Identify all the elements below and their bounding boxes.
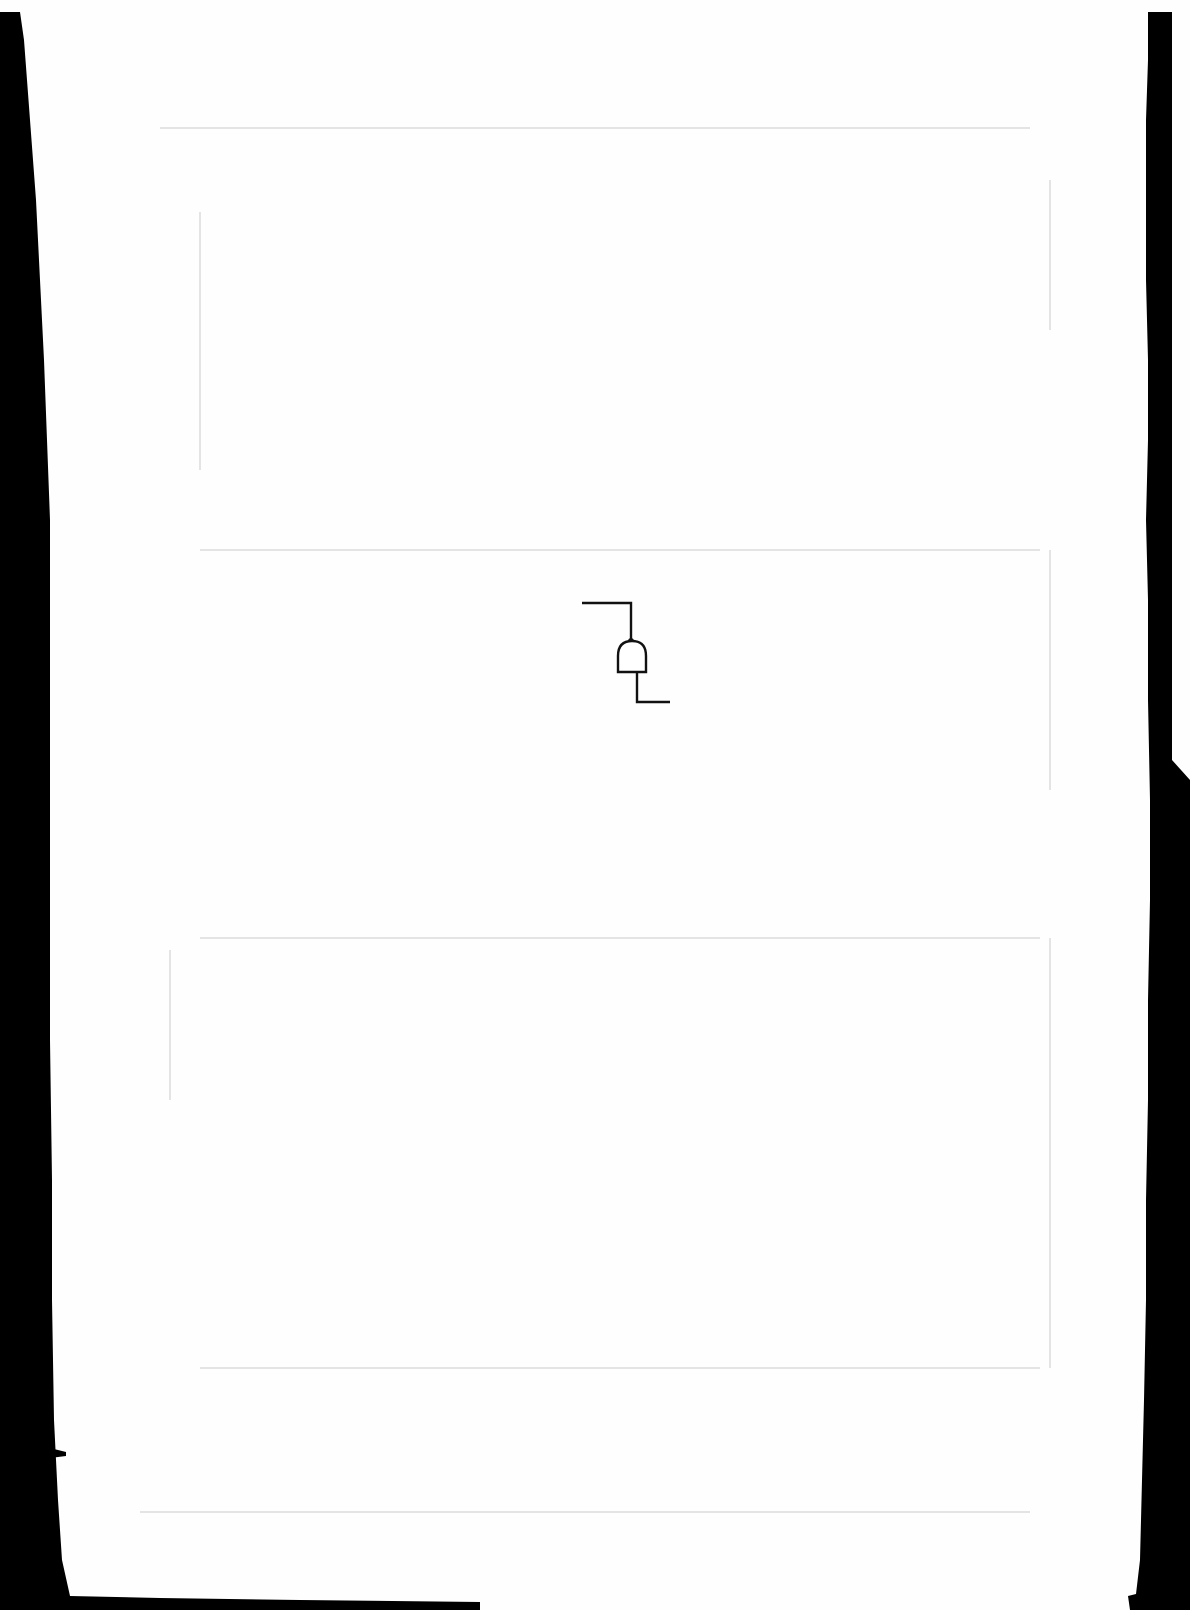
- ghost-marks: [140, 128, 1050, 1512]
- left-scan-nub: [50, 1448, 66, 1458]
- scanned-page: [0, 0, 1190, 1610]
- output-wire: [637, 672, 670, 702]
- and-gate-symbol: [582, 603, 670, 702]
- input-wire: [582, 603, 631, 641]
- gate-body: [618, 641, 646, 672]
- scan-borders: [0, 0, 1190, 1610]
- right-scan-border: [1128, 12, 1190, 1610]
- left-scan-border: [0, 12, 480, 1610]
